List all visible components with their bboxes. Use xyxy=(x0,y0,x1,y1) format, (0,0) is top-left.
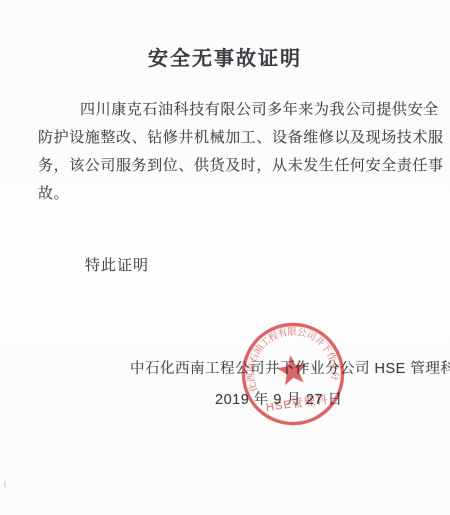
seal-arc-text: 中石化西南石油工程有限公司井下作业分公司 xyxy=(225,306,342,397)
document-title: 安全无事故证明 xyxy=(0,42,450,71)
body-line-2: 防护设施整改、钻修井机械加工、设备维修以及现场技术服 xyxy=(38,124,418,152)
body-line-1: 四川康克石油科技有限公司多年来为我公司提供安全 xyxy=(38,96,418,124)
body-line-3: 务，该公司服务到位、供货及时，从未发生任何安全责任事 xyxy=(38,152,418,180)
body-line-4: 故。 xyxy=(38,180,418,208)
scan-artifact xyxy=(4,481,6,488)
scanned-certificate-page: 安全无事故证明 四川康克石油科技有限公司多年来为我公司提供安全 防护设施整改、钻… xyxy=(0,0,450,515)
issuer-signature: 中石化西南工程公司井下作业分公司 HSE 管理科 xyxy=(130,357,450,378)
issue-date: 2019 年 9 月 27 日 xyxy=(215,388,343,409)
body-paragraph: 四川康克石油科技有限公司多年来为我公司提供安全 防护设施整改、钻修井机械加工、设… xyxy=(38,96,418,208)
closing-statement: 特此证明 xyxy=(85,254,149,275)
